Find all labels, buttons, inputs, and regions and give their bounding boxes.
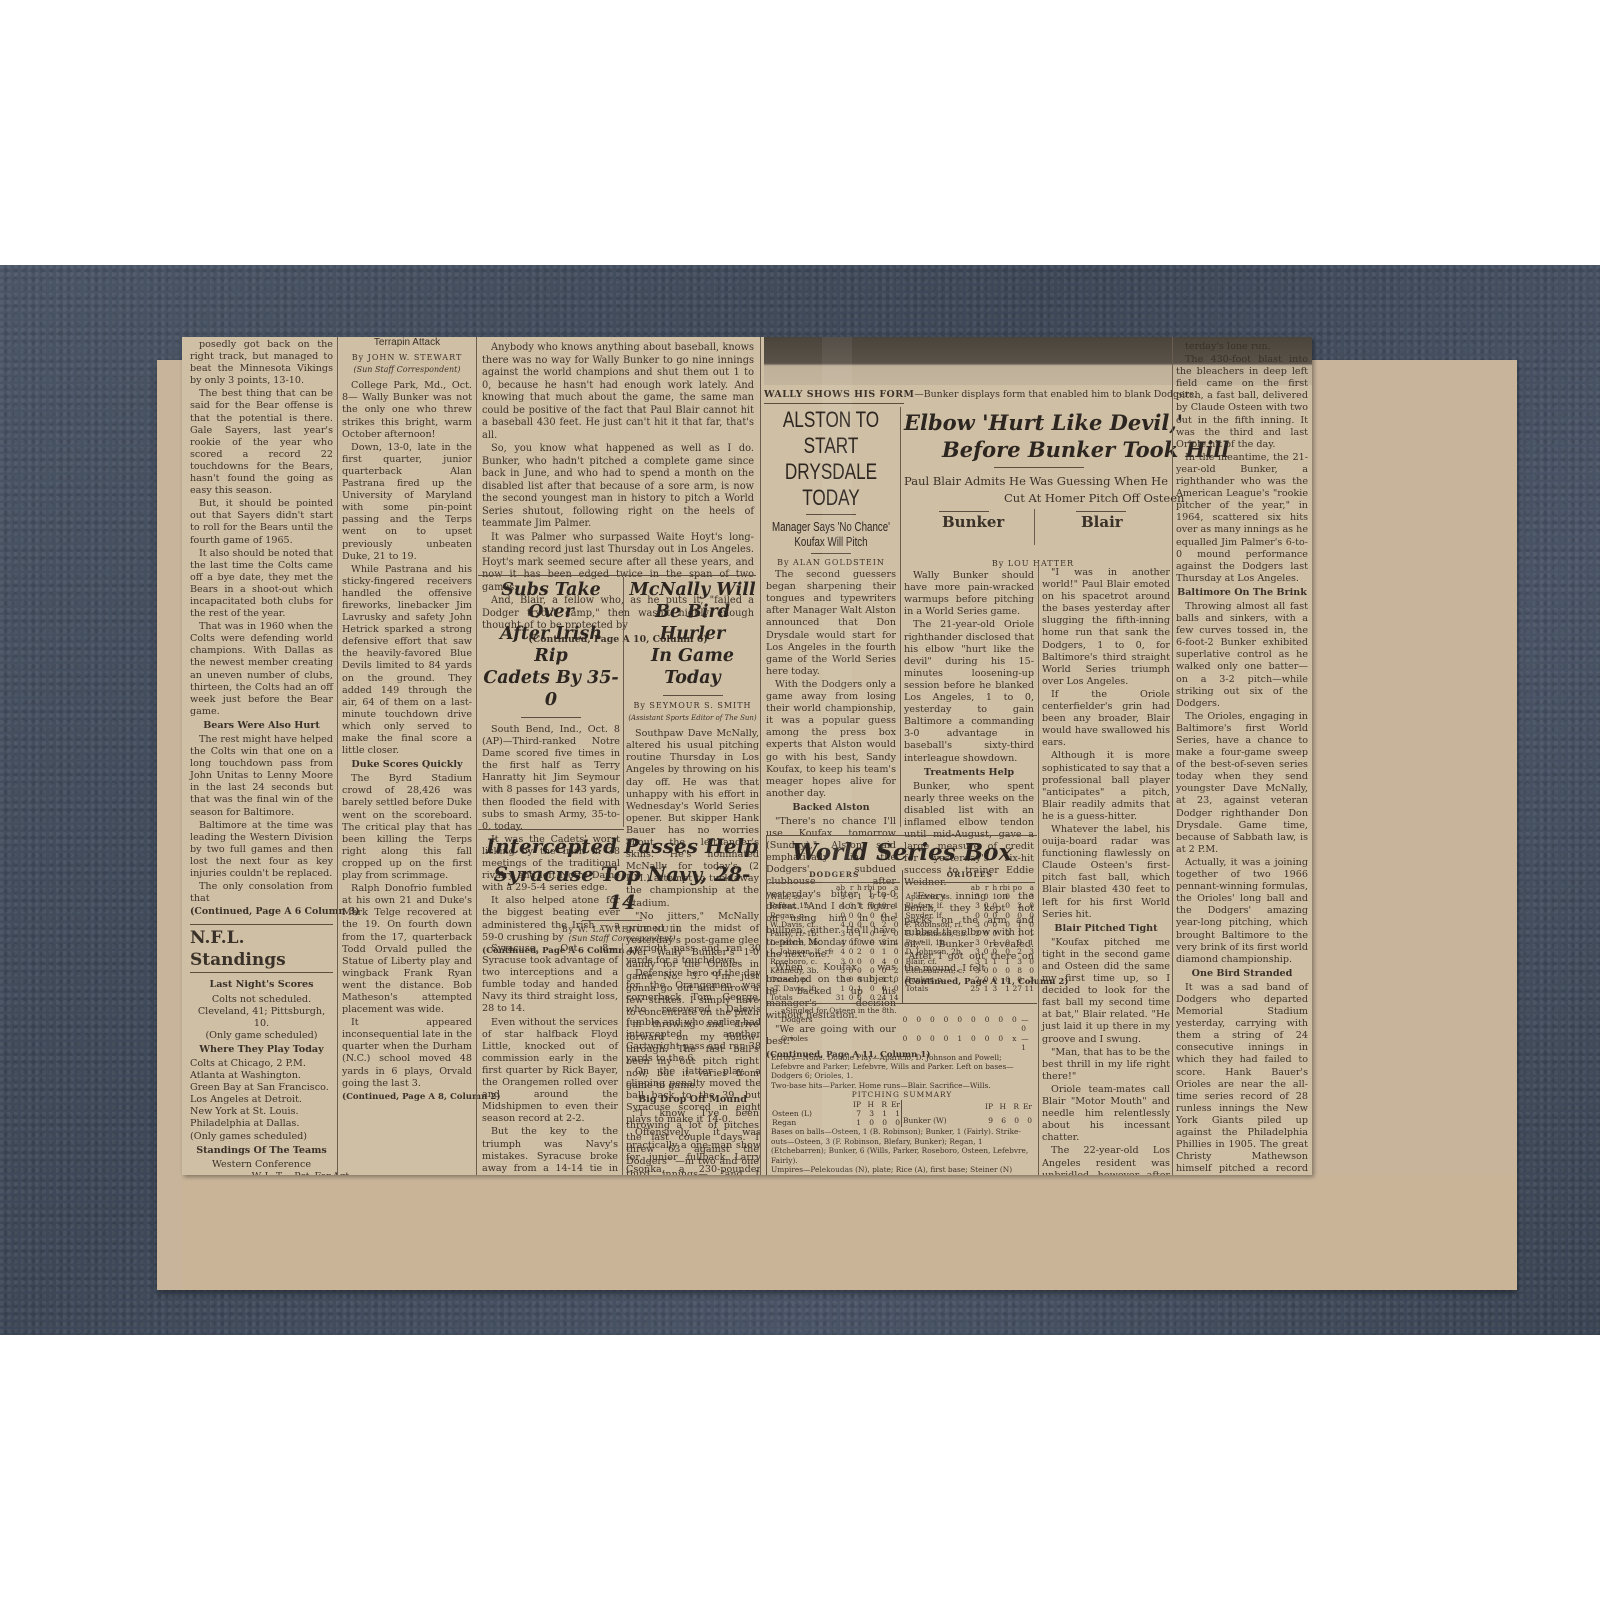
syracuse-article: Intercepted Passes HelpSyracuse Top Navy… bbox=[482, 832, 622, 947]
paragraph: It also should be noted that the last ti… bbox=[190, 548, 333, 621]
divider bbox=[478, 829, 624, 830]
paragraph: It was a sad band of Dodgers who departe… bbox=[1176, 982, 1308, 1175]
box-notes: Bases on balls—Osteen, 1 (B. Robinson); … bbox=[771, 1127, 1033, 1175]
last-night-scores: Colts not scheduled.Cleveland, 41; Pitts… bbox=[190, 994, 333, 1042]
headline-line: In Game Today bbox=[626, 645, 759, 689]
headline-line: Los Angeles at Detroit. bbox=[190, 1094, 333, 1106]
continued-line: (Continued, Page A 8, Column 2) bbox=[342, 1091, 472, 1103]
bunker-photo-label: Bunker bbox=[942, 513, 1004, 531]
newspaper-lower-fold bbox=[182, 1175, 1517, 1290]
column-rule bbox=[476, 337, 477, 1175]
paragraph: The best thing that can be said for the … bbox=[190, 388, 333, 497]
byline: By JOHN W. STEWART bbox=[342, 352, 472, 364]
headline-line: Two-base hits—Parker. Home runs—Blair. S… bbox=[771, 1081, 1033, 1090]
column-rule bbox=[900, 407, 901, 827]
bears-article-body-2: The rest might have helped the Colts win… bbox=[190, 734, 333, 905]
divider bbox=[478, 575, 756, 576]
paragraph: Down, 13-0, late in the first quarter, j… bbox=[342, 442, 472, 563]
table-row: Totals251312711 bbox=[905, 984, 1036, 993]
terrapin-headline-fragment: Terrapin Attack bbox=[342, 337, 472, 349]
paper-wear bbox=[822, 337, 852, 1175]
table-row: Etchebarren, c.300080 bbox=[905, 966, 1036, 975]
where-they-play-heading: Where They Play Today bbox=[190, 1044, 333, 1056]
divider bbox=[663, 695, 723, 696]
paragraph: Syracuse, Oct. 8—Syracuse took advantage… bbox=[482, 943, 618, 1016]
column-rule bbox=[1038, 562, 1039, 1175]
last-night-scores-heading: Last Night's Scores bbox=[190, 979, 333, 991]
photo-caption-text: —Bunker displays form that enabled him t… bbox=[914, 389, 1196, 400]
subhead: One Bird Stranded bbox=[1176, 968, 1308, 980]
headline-line: Be Bird Hurler bbox=[626, 601, 759, 645]
divider bbox=[767, 1003, 1037, 1004]
column-rule bbox=[623, 577, 624, 827]
divider bbox=[521, 717, 581, 718]
line-score: Dodgers000000000—0Orioles00001000x—1 bbox=[771, 1015, 1033, 1053]
paragraph: Throwing almost all fast balls and sinke… bbox=[1176, 601, 1308, 710]
paragraph: Whatever the label, his ouija-board rada… bbox=[1042, 824, 1170, 921]
standings-heading: Standings Of The Teams bbox=[190, 1145, 333, 1157]
column-rule bbox=[337, 337, 338, 1175]
paragraph: Ralph Donofrio fumbled at his own 21 and… bbox=[342, 883, 472, 1016]
byline-title: (Assistant Sports Editor of The Sun) bbox=[626, 712, 759, 724]
divider bbox=[582, 920, 642, 921]
paragraph: posedly got back on the right track, but… bbox=[190, 339, 333, 387]
headline-line: (Only game scheduled) bbox=[190, 1030, 333, 1042]
table-row: Blair, cf.311130 bbox=[905, 957, 1036, 966]
headline-line: (Only games scheduled) bbox=[190, 1131, 333, 1143]
paragraph: But, it should be pointed out that Sayer… bbox=[190, 498, 333, 546]
table-row: Snyder, lf.000000 bbox=[905, 911, 1036, 920]
paragraph: Oriole team-mates call Blair "Motor Mout… bbox=[1042, 1084, 1170, 1144]
paragraph: Even without the services of star halfba… bbox=[482, 1017, 618, 1126]
paragraph: "I was in another world!" Paul Blair emo… bbox=[1042, 567, 1170, 688]
photo-divider bbox=[1034, 509, 1035, 545]
syracuse-body-1: Syracuse, Oct. 8—Syracuse took advantage… bbox=[482, 943, 618, 1175]
orioles-box: ORIOLES abrhrbipoaAparicio, ss.301013Ble… bbox=[903, 870, 1038, 1003]
standings-tables: Western ConferenceW.L.T.Pct.ForAgt.Green… bbox=[190, 1159, 333, 1175]
divider bbox=[190, 924, 333, 925]
box-teams: DODGERS abrhrbipoaWills, ss.301015Parker… bbox=[767, 870, 1037, 1003]
divider bbox=[190, 972, 333, 973]
paragraph: Actually, it was a joining together of t… bbox=[1176, 857, 1308, 966]
paragraph: wright pass and ran 30 yards for a touch… bbox=[626, 943, 761, 967]
paragraph: Wally Bunker should have more pain-wrack… bbox=[904, 570, 1034, 618]
paragraph: The Byrd Stadium crowd of 28,426 was bar… bbox=[342, 773, 472, 882]
paragraph: The Orioles, engaging in Baltimore's fir… bbox=[1176, 711, 1308, 856]
subhead: Baltimore On The Brink bbox=[1176, 587, 1308, 599]
headline-line: McNally Will bbox=[626, 579, 759, 601]
line-score-row: Dodgers000000000—0 bbox=[771, 1015, 1033, 1034]
irish-headline: Subs Take OverAfter Irish RipCadets By 3… bbox=[482, 579, 620, 711]
bears-article-body: posedly got back on the right track, but… bbox=[190, 339, 333, 718]
syracuse-body-2: wright pass and ran 30 yards for a touch… bbox=[626, 943, 761, 1175]
box-summary: aSingled for Osteen in the 8th. Dodgers0… bbox=[767, 1004, 1037, 1175]
world-series-box: World Series Box DODGERS abrhrbipoaWills… bbox=[766, 835, 1037, 1175]
paragraph: The 430-foot blast into the bleachers in… bbox=[1176, 354, 1308, 451]
table-row: B. Robinson, 3b.200011 bbox=[905, 929, 1036, 938]
paragraph: The rest might have helped the Colts win… bbox=[190, 734, 333, 819]
paragraph: The 22-year-old Los Angeles resident was… bbox=[1042, 1145, 1170, 1175]
continued-line: (Continued, Page A 6 Column 3) bbox=[190, 906, 333, 918]
paragraph: The only consolation from that bbox=[190, 881, 333, 905]
headline-line: Green Bay at San Francisco. bbox=[190, 1082, 333, 1094]
divider bbox=[1076, 511, 1126, 512]
paragraph: That was in 1960 when the Colts were def… bbox=[190, 621, 333, 718]
paragraph: College Park, Md., Oct. 8— Wally Bunker … bbox=[342, 380, 472, 440]
blair-photo-label: Blair bbox=[1081, 513, 1123, 531]
orioles-box-table: abrhrbipoaAparicio, ss.301013Blefary, lf… bbox=[905, 883, 1036, 993]
column-bears-article: posedly got back on the right track, but… bbox=[190, 339, 333, 1175]
byline: By W. LAWRENCE NULL bbox=[482, 925, 762, 934]
nfl-standings-title: N.F.L. Standings bbox=[190, 927, 333, 971]
headline-line: Cleveland, 41; Pittsburgh, 10. bbox=[190, 1006, 333, 1030]
paragraph: "Man, that has to be the best thrill in … bbox=[1042, 1047, 1170, 1083]
column-rule bbox=[622, 943, 623, 1175]
box-footnote: aSingled for Osteen in the 8th. bbox=[771, 1006, 1033, 1015]
mcnally-headline: McNally WillBe Bird HurlerIn Game Today bbox=[626, 579, 759, 689]
table-row: D. Johnson, 2b.300023 bbox=[905, 947, 1036, 956]
paragraph: While Pastrana and his sticky-fingered r… bbox=[342, 564, 472, 758]
games-today: Colts at Chicago, 2 P.M.Atlanta at Washi… bbox=[190, 1058, 333, 1143]
table-row: Bunker, p.200003 bbox=[905, 975, 1036, 984]
byline-title: (Sun Staff Correspondent) bbox=[482, 934, 762, 943]
team-name: ORIOLES bbox=[905, 870, 1036, 883]
standings-table: W.L.T.Pct.ForAgt.Green Bay4001.0009250Lo… bbox=[190, 1171, 353, 1175]
byline: By SEYMOUR S. SMITH bbox=[626, 700, 759, 712]
paragraph: But the key to the triumph was Navy's mi… bbox=[482, 1126, 618, 1175]
far-right-article: terday's lone run.The 430-foot blast int… bbox=[1176, 341, 1308, 1175]
pitching-summary-title: PITCHING SUMMARY bbox=[771, 1090, 1033, 1099]
paragraph: Offensively, it was practically a one-ma… bbox=[626, 1127, 761, 1175]
syracuse-headline: Intercepted Passes HelpSyracuse Top Navy… bbox=[482, 832, 762, 916]
headline-line: Philadelphia at Dallas. bbox=[190, 1118, 333, 1130]
subhead: Blair Pitched Tight bbox=[1042, 923, 1170, 935]
paragraph: "Koufax pitched me tight in the second g… bbox=[1042, 937, 1170, 1046]
headline-line: Umpires—Pelekoudas (N), plate; Rice (A),… bbox=[771, 1165, 1033, 1175]
divider bbox=[939, 511, 989, 512]
table-row: F. Robinson, rf.300010 bbox=[905, 920, 1036, 929]
byline-title: (Sun Staff Correspondent) bbox=[342, 364, 472, 376]
subhead: Treatments Help bbox=[904, 767, 1034, 779]
paragraph: It appeared inconsequential late in the … bbox=[342, 1017, 472, 1090]
conference-name: Western Conference bbox=[190, 1159, 333, 1171]
headline-line: New York at St. Louis. bbox=[190, 1106, 333, 1118]
headline-line: Intercepted Passes Help bbox=[482, 832, 762, 860]
headline-line: Atlanta at Washington. bbox=[190, 1070, 333, 1082]
table-row: Powell, 1b.301091 bbox=[905, 938, 1036, 947]
paragraph: Although it is more sophisticated to say… bbox=[1042, 750, 1170, 823]
subhead: Duke Scores Quickly bbox=[342, 759, 472, 771]
headline-line: Subs Take Over bbox=[482, 579, 620, 623]
subhead: Bears Were Also Hurt bbox=[190, 720, 333, 732]
table-row: Aparicio, ss.301013 bbox=[905, 892, 1036, 901]
divider bbox=[994, 467, 1084, 468]
elbow-body-right: "I was in another world!" Paul Blair emo… bbox=[1042, 567, 1170, 1175]
paragraph: The 21-year-old Oriole righthander discl… bbox=[904, 619, 1034, 764]
headline-line: Colts not scheduled. bbox=[190, 994, 333, 1006]
paragraph: On the latter play, a clipping penalty m… bbox=[626, 1066, 761, 1126]
paragraph: In the meantime, the 21-year-old Bunker,… bbox=[1176, 452, 1308, 585]
paragraph: So, you know what happened as well as I … bbox=[482, 443, 754, 531]
paragraph: terday's lone run. bbox=[1176, 341, 1308, 353]
box-title: World Series Box bbox=[767, 836, 1037, 870]
headline-line: Bases on balls—Osteen, 1 (B. Robinson); … bbox=[771, 1127, 1033, 1165]
paragraph: If the Oriole centerfielder's grin had b… bbox=[1042, 689, 1170, 749]
table-row: Blefary, lf.300020 bbox=[905, 901, 1036, 910]
headline-line: Syracuse Top Navy, 28-14 bbox=[482, 860, 762, 916]
column-rule bbox=[1172, 337, 1173, 1175]
paragraph: Baltimore at the time was leading the We… bbox=[190, 820, 333, 880]
box-summary-notes: Errors—None. Double Play—Aparicio, D. Jo… bbox=[771, 1053, 1033, 1091]
paragraph: South Bend, Ind., Oct. 8 (AP)—Third-rank… bbox=[482, 724, 620, 833]
line-score-row: Orioles00001000x—1 bbox=[771, 1034, 1033, 1053]
column-terrapin-article: Terrapin Attack By JOHN W. STEWART (Sun … bbox=[342, 337, 472, 1103]
paragraph: Anybody who knows anything about basebal… bbox=[482, 342, 754, 442]
headline-line: After Irish Rip bbox=[482, 623, 620, 667]
headline-line: Errors—None. Double Play—Aparicio, D. Jo… bbox=[771, 1053, 1033, 1081]
paragraph: Defensive hero of the day for the Orange… bbox=[626, 968, 761, 1065]
headline-line: Colts at Chicago, 2 P.M. bbox=[190, 1058, 333, 1070]
column-rule bbox=[760, 337, 761, 1175]
headline-line: Cadets By 35-0 bbox=[482, 667, 620, 711]
newspaper-page: posedly got back on the right track, but… bbox=[182, 337, 1312, 1175]
pitching-summary: IPHRErOsteen (L)7311Regan1000IPHRErBunke… bbox=[771, 1100, 1033, 1128]
